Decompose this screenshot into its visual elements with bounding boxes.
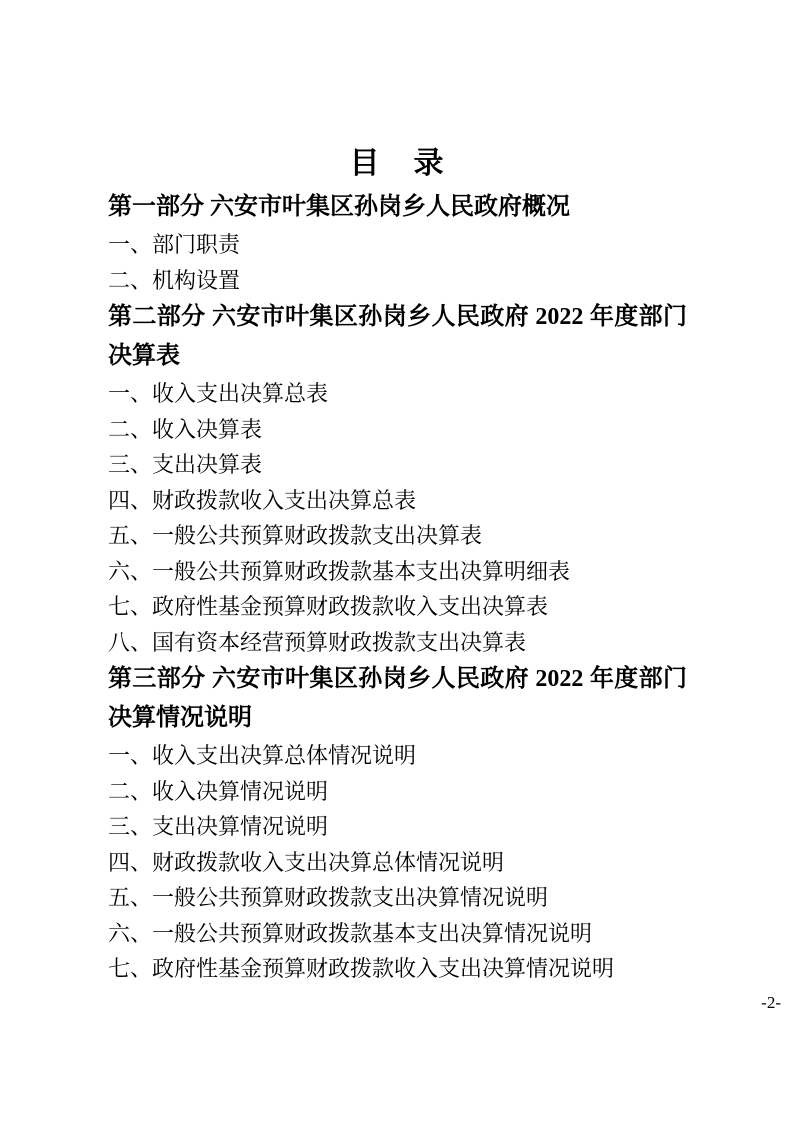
toc-item: 三、支出决算表 (108, 447, 687, 483)
toc-item: 七、政府性基金预算财政拨款收入支出决算情况说明 (108, 951, 687, 987)
toc-item: 二、机构设置 (108, 263, 687, 299)
toc-item: 五、一般公共预算财政拨款支出决算情况说明 (108, 880, 687, 916)
toc-item: 一、部门职责 (108, 227, 687, 263)
toc-item: 六、一般公共预算财政拨款基本支出决算情况说明 (108, 916, 687, 952)
toc-item: 三、支出决算情况说明 (108, 809, 687, 845)
toc-section-3: 第三部分 六安市叶集区孙岗乡人民政府 2022 年度部门决算情况说明 一、收入支… (108, 660, 687, 987)
toc-item: 六、一般公共预算财政拨款基本支出决算明细表 (108, 554, 687, 590)
toc-item: 四、财政拨款收入支出决算总表 (108, 483, 687, 519)
toc-item: 一、收入支出决算总体情况说明 (108, 738, 687, 774)
toc-section-1: 第一部分 六安市叶集区孙岗乡人民政府概况 一、部门职责 二、机构设置 (108, 188, 687, 298)
document-page: 目 录 第一部分 六安市叶集区孙岗乡人民政府概况 一、部门职责 二、机构设置 第… (0, 0, 793, 1122)
toc-item: 一、收入支出决算总表 (108, 376, 687, 412)
toc-item: 二、收入决算情况说明 (108, 774, 687, 810)
page-title: 目 录 (108, 145, 687, 183)
section-heading: 第一部分 六安市叶集区孙岗乡人民政府概况 (108, 188, 687, 227)
page-number: -2- (761, 993, 781, 1013)
section-heading: 第二部分 六安市叶集区孙岗乡人民政府 2022 年度部门决算表 (108, 298, 687, 376)
toc-item: 二、收入决算表 (108, 412, 687, 448)
toc-item: 四、财政拨款收入支出决算总体情况说明 (108, 845, 687, 881)
toc-content: 目 录 第一部分 六安市叶集区孙岗乡人民政府概况 一、部门职责 二、机构设置 第… (108, 145, 687, 987)
toc-item: 八、国有资本经营预算财政拨款支出决算表 (108, 625, 687, 661)
toc-section-2: 第二部分 六安市叶集区孙岗乡人民政府 2022 年度部门决算表 一、收入支出决算… (108, 298, 687, 660)
section-heading: 第三部分 六安市叶集区孙岗乡人民政府 2022 年度部门决算情况说明 (108, 660, 687, 738)
toc-item: 五、一般公共预算财政拨款支出决算表 (108, 518, 687, 554)
toc-item: 七、政府性基金预算财政拨款收入支出决算表 (108, 589, 687, 625)
